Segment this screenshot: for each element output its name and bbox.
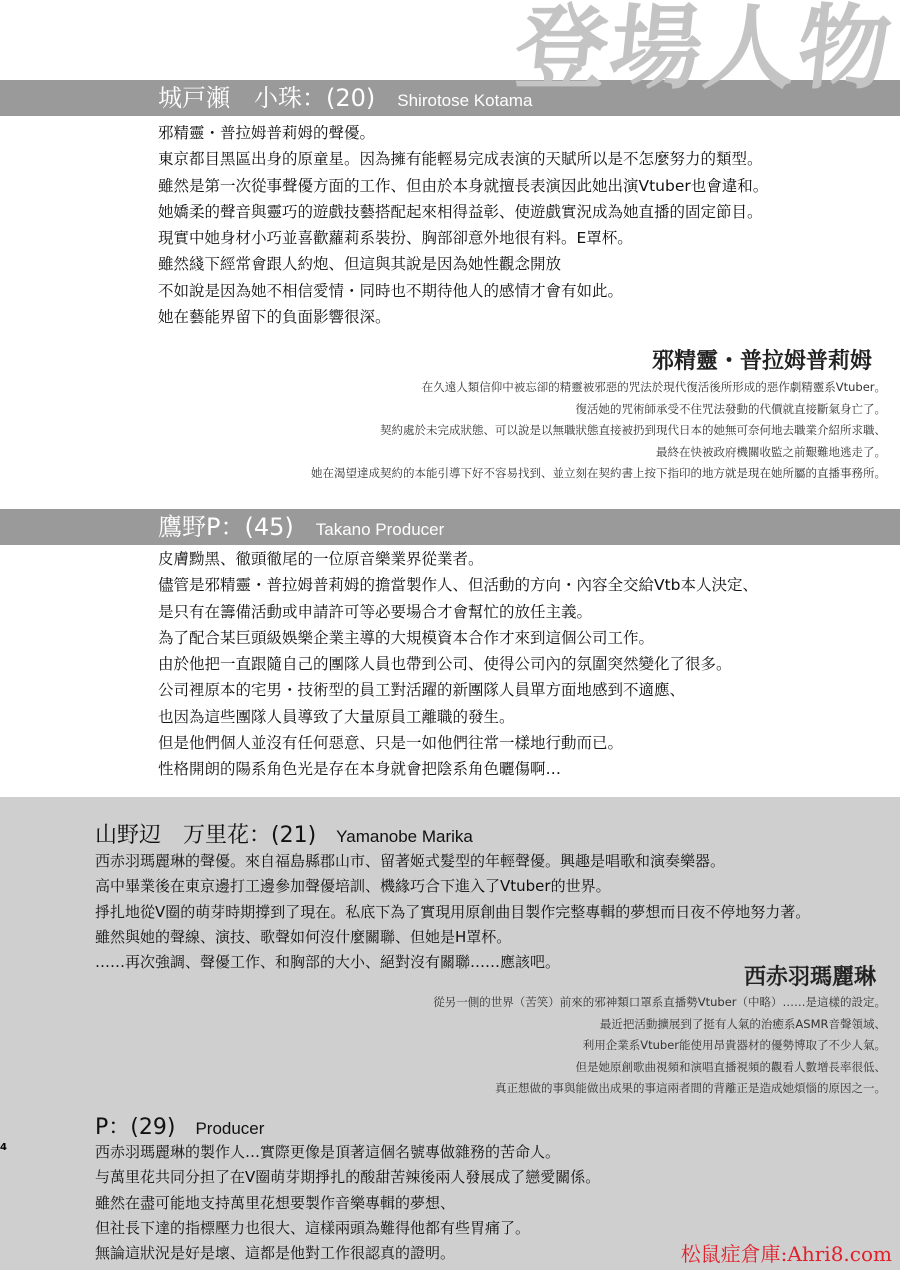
description-line: 儘管是邪精靈・普拉姆普莉姆的擔當製作人、但活動的方向・內容全交給Vtb本人決定、 <box>158 572 758 598</box>
character-description: 皮膚黝黑、徹頭徹尾的一位原音樂業界從業者。 儘管是邪精靈・普拉姆普莉姆的擔當製作… <box>158 546 758 783</box>
description-line: 為了配合某巨頭級娛樂企業主導的大規模資本合作才來到這個公司工作。 <box>158 625 758 651</box>
lore-line: 她在渴望達成契約的本能引導下好不容易找到、並立刻在契約書上按下指印的地方就是現在… <box>311 463 886 485</box>
description-line: 与萬里花共同分担了在V圈萌芽期掙扎的酸甜苦辣後兩人發展成了戀愛關係。 <box>95 1165 600 1190</box>
character-header-bar: 鷹野P：(45)Takano Producer <box>0 509 900 545</box>
description-line: 雖然在盡可能地支持萬里花想要製作音樂專輯的夢想、 <box>95 1191 600 1216</box>
description-line: 西赤羽瑪麗琳的聲優。來自福島縣郡山市、留著姬式髮型的年輕聲優。興趣是唱歌和演奏樂… <box>95 849 810 874</box>
description-line: 但社長下達的指標壓力也很大、這樣兩頭為難得他都有些胃痛了。 <box>95 1216 600 1241</box>
persona-lore: 在久遠人類信仰中被忘卻的精靈被邪惡的咒法於現代復活後所形成的惡作劇精靈系Vtub… <box>311 377 886 485</box>
description-line: 雖然綫下經常會跟人約炮、但這與其說是因為她性觀念開放 <box>158 251 768 277</box>
character-description: 西赤羽瑪麗琳的製作人…實際更像是頂著這個名號專做雜務的苦命人。 与萬里花共同分担… <box>95 1140 600 1266</box>
character-romaji: Takano Producer <box>316 520 445 539</box>
lore-line: 最終在快被政府機關收監之前艱難地逃走了。 <box>311 442 886 464</box>
description-line: 現實中她身材小巧並喜歡蘿莉系裝扮、胸部卻意外地很有料。E罩杯。 <box>158 225 768 251</box>
lore-line: 真正想做的事與能做出成果的事這兩者間的背離正是造成她煩惱的原因之一。 <box>433 1078 886 1100</box>
description-line: 雖然與她的聲線、演技、歌聲如何沒什麼關聯、但她是H罩杯。 <box>95 925 810 950</box>
lore-line: 利用企業系Vtuber能使用昂貴器材的優勢博取了不少人氣。 <box>433 1035 886 1057</box>
character-romaji: Producer <box>195 1119 264 1138</box>
character-name: P：(29) <box>95 1115 175 1140</box>
description-line: 雖然是第一次從事聲優方面的工作、但由於本身就擅長表演因此她出演Vtuber也會違… <box>158 173 768 199</box>
description-line: 邪精靈・普拉姆普莉姆的聲優。 <box>158 120 768 146</box>
character-name-heading: P：(29)Producer <box>95 1114 264 1143</box>
lore-line: 契約處於未完成狀態、可以說是以無職狀態直接被扔到現代日本的她無可奈何地去職業介紹… <box>311 420 886 442</box>
persona-name: 西赤羽瑪麗琳 <box>744 964 876 992</box>
persona-lore: 從另一側的世界（苦笑）前來的邪神類口罩系直播勢Vtuber（中略）……是這樣的設… <box>433 992 886 1100</box>
lore-line: 在久遠人類信仰中被忘卻的精靈被邪惡的咒法於現代復活後所形成的惡作劇精靈系Vtub… <box>311 377 886 399</box>
description-line: 她在藝能界留下的負面影響很深。 <box>158 304 768 330</box>
lore-line: 最近把活動擴展到了挺有人氣的治癒系ASMR音聲領域、 <box>433 1014 886 1036</box>
description-line: 公司裡原本的宅男・技術型的員工對活躍的新團隊人員單方面地感到不適應、 <box>158 677 758 703</box>
character-name-heading: 山野辺 万里花：(21)Yamanobe Marika <box>95 822 473 851</box>
description-line: 高中畢業後在東京邊打工邊參加聲優培訓、機緣巧合下進入了Vtuber的世界。 <box>95 874 810 899</box>
description-line: 是只有在籌備活動或申請許可等必要場合才會幫忙的放任主義。 <box>158 599 758 625</box>
description-line: 掙扎地從V圈的萌芽時期撐到了現在。私底下為了實現用原創曲目製作完整專輯的夢想而日… <box>95 900 810 925</box>
character-name-heading: 鷹野P：(45)Takano Producer <box>158 511 444 546</box>
description-line: ……再次強調、聲優工作、和胸部的大小、絕對沒有關聯……應該吧。 <box>95 950 810 975</box>
lore-line: 從另一側的世界（苦笑）前來的邪神類口罩系直播勢Vtuber（中略）……是這樣的設… <box>433 992 886 1014</box>
lore-line: 復活她的咒術師承受不住咒法發動的代價就直接斷氣身亡了。 <box>311 399 886 421</box>
description-line: 由於他把一直跟隨自己的團隊人員也帶到公司、使得公司內的氛圍突然變化了很多。 <box>158 651 758 677</box>
description-line: 但是他們個人並沒有任何惡意、只是一如他們往常一樣地行動而已。 <box>158 730 758 756</box>
description-line: 不如說是因為她不相信愛情・同時也不期待他人的感情才會有如此。 <box>158 278 768 304</box>
description-line: 皮膚黝黑、徹頭徹尾的一位原音樂業界從業者。 <box>158 546 758 572</box>
character-name-heading: 城戸瀬 小珠：(20)Shirotose Kotama <box>158 82 532 117</box>
description-line: 東京都目黑區出身的原童星。因為擁有能輕易完成表演的天賦所以是不怎麼努力的類型。 <box>158 146 768 172</box>
page-number: 4 <box>0 1142 7 1153</box>
character-name: 山野辺 万里花：(21) <box>95 823 316 848</box>
description-line: 也因為這些團隊人員導致了大量原員工離職的發生。 <box>158 704 758 730</box>
character-name: 鷹野P：(45) <box>158 513 294 541</box>
description-line: 西赤羽瑪麗琳的製作人…實際更像是頂著這個名號專做雜務的苦命人。 <box>95 1140 600 1165</box>
lore-line: 但是她原創歌曲視頻和演唱直播視頻的觀看人數增長率很低、 <box>433 1057 886 1079</box>
description-line: 她嬌柔的聲音與靈巧的遊戲技藝搭配起來相得益彰、使遊戲實況成為她直播的固定節目。 <box>158 199 768 225</box>
character-romaji: Yamanobe Marika <box>336 827 473 846</box>
description-line: 無論這狀況是好是壞、這都是他對工作很認真的證明。 <box>95 1241 600 1266</box>
character-name: 城戸瀬 小珠：(20) <box>158 84 375 112</box>
character-description: 西赤羽瑪麗琳的聲優。來自福島縣郡山市、留著姬式髮型的年輕聲優。興趣是唱歌和演奏樂… <box>95 849 810 975</box>
persona-name: 邪精靈・普拉姆普莉姆 <box>652 348 872 376</box>
site-watermark: 松鼠症倉庫:Ahri8.com <box>681 1238 892 1267</box>
character-description: 邪精靈・普拉姆普莉姆的聲優。 東京都目黑區出身的原童星。因為擁有能輕易完成表演的… <box>158 120 768 330</box>
page-title: 登場人物 <box>510 0 898 104</box>
description-line: 性格開朗的陽系角色光是存在本身就會把陰系角色曬傷啊… <box>158 756 758 782</box>
